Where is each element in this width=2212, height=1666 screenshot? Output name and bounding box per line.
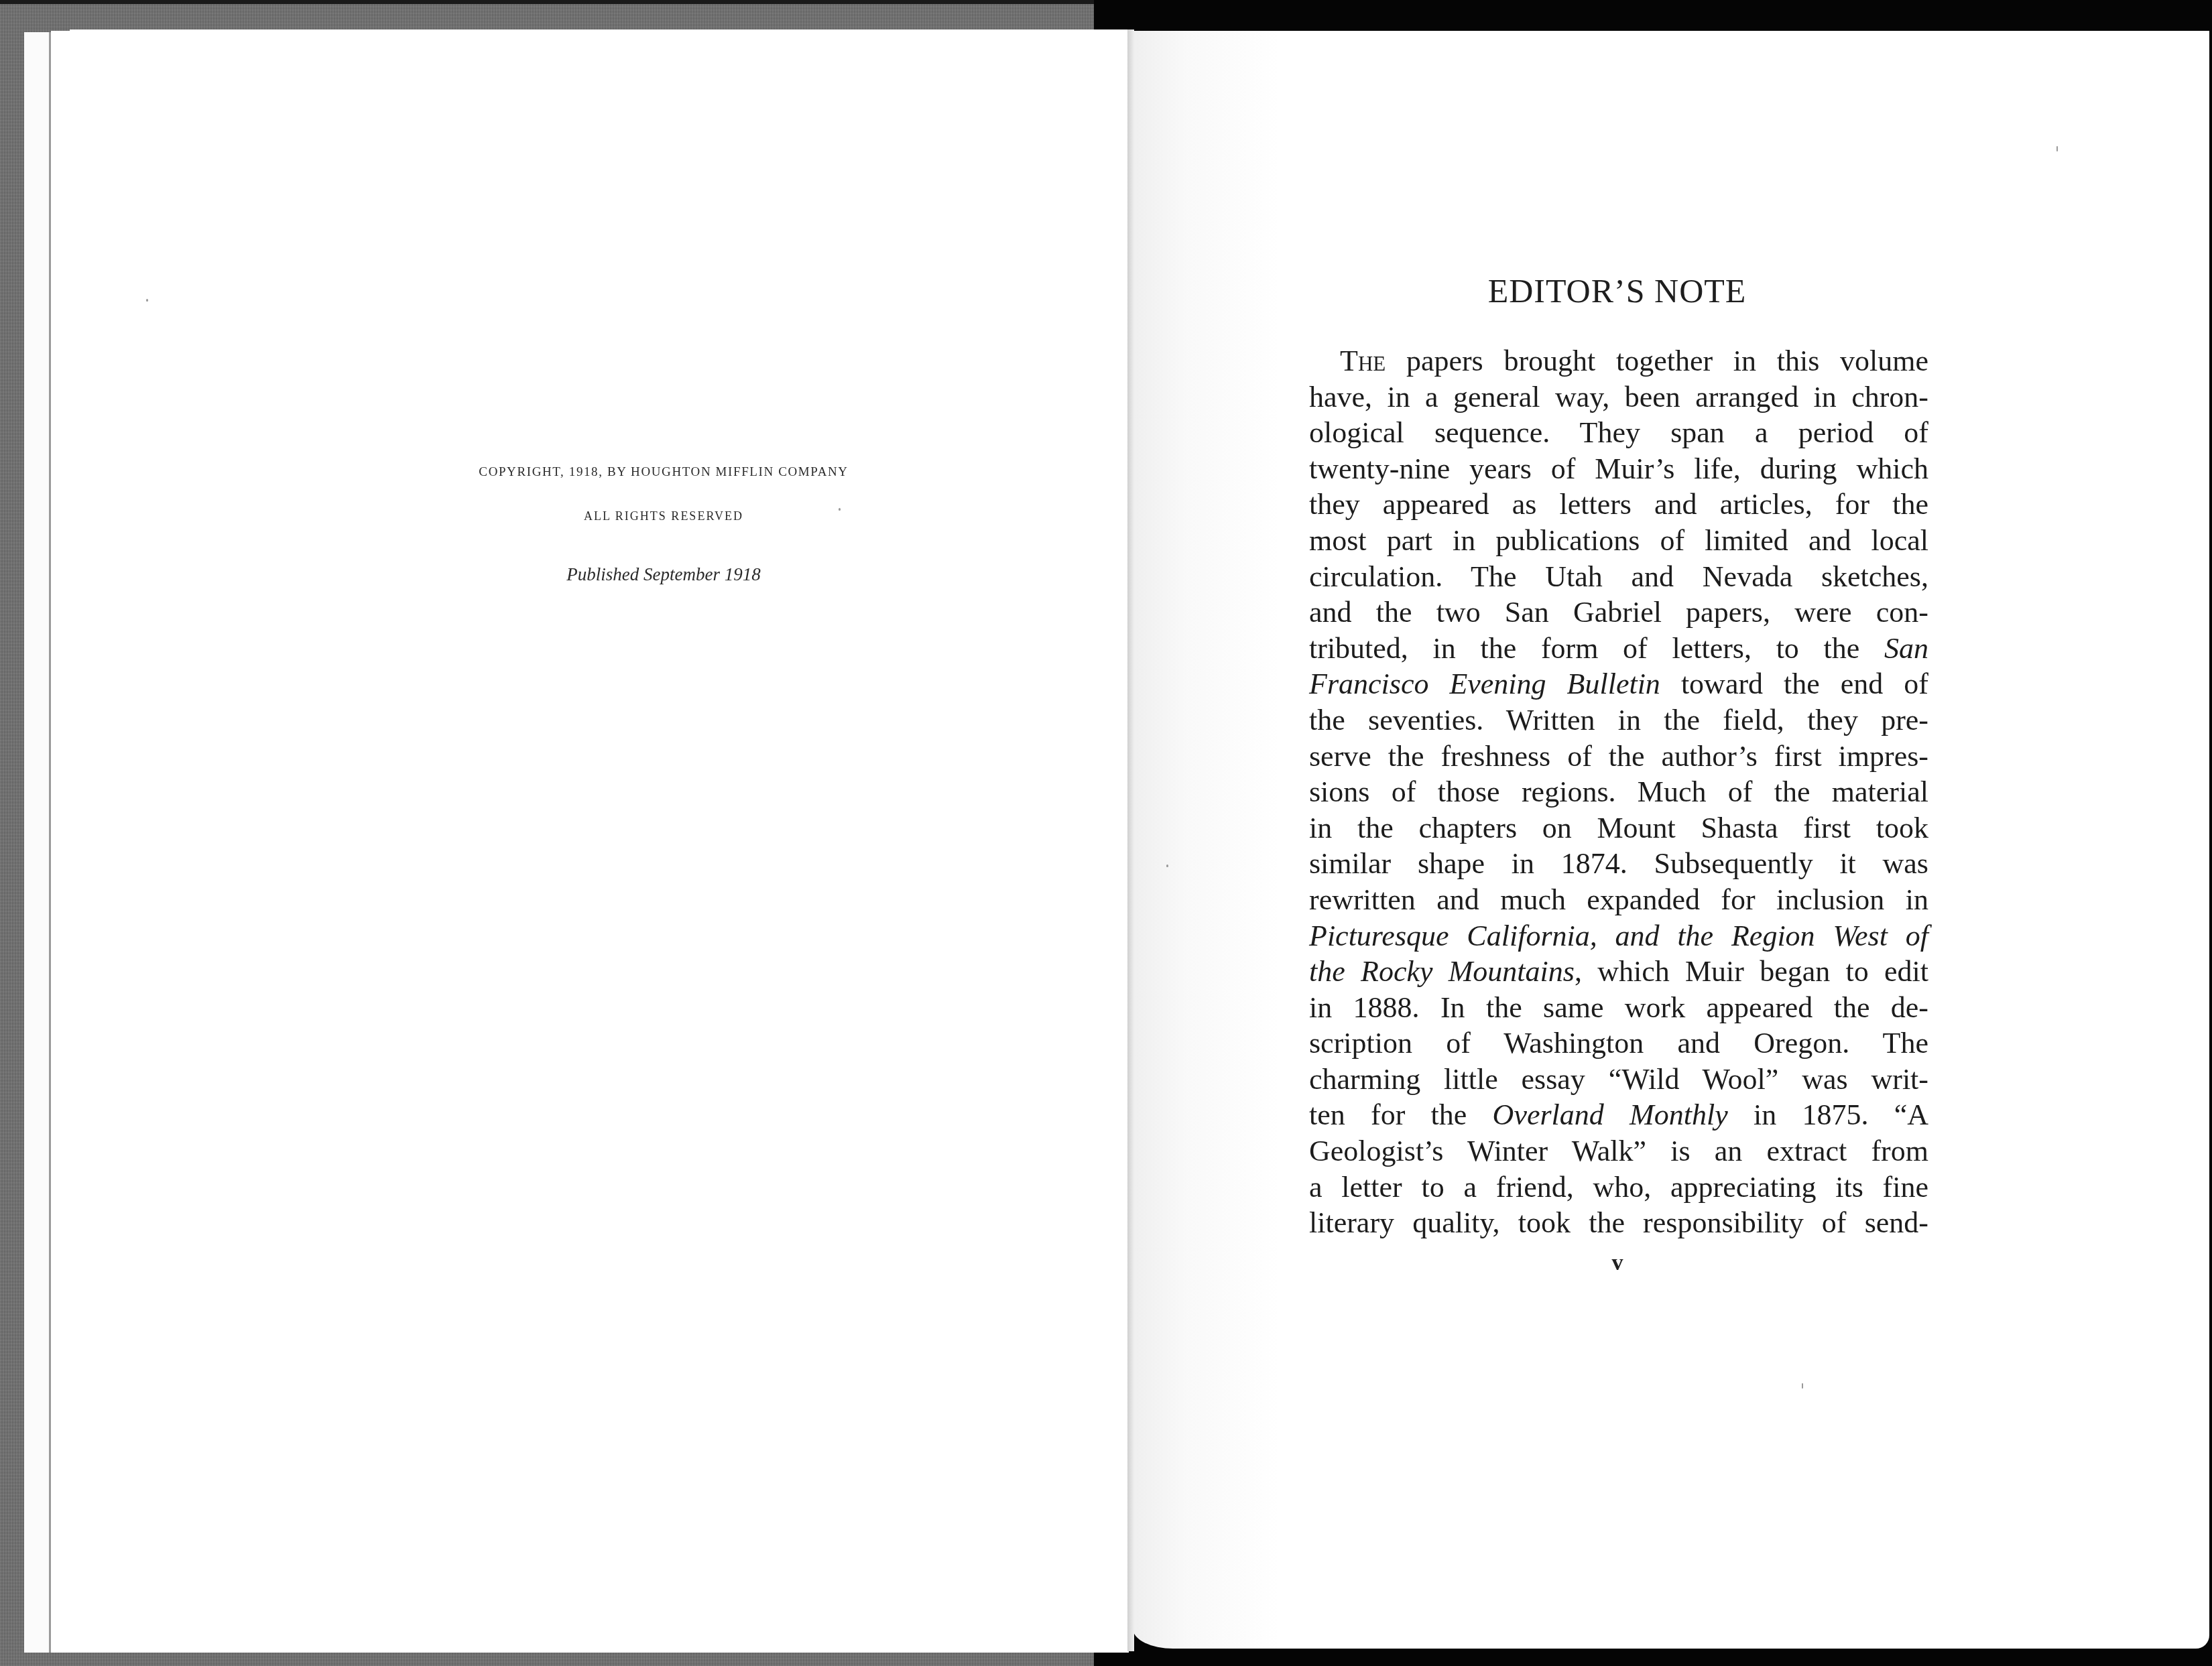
text-line: similar shape in 1874. Subsequently it w… (1309, 846, 1928, 882)
text-line: twenty-nine years of Muir’s life, during… (1309, 451, 1928, 487)
text-line: The papers brought together in this volu… (1309, 343, 1928, 379)
text-line: most part in publications of limited and… (1309, 523, 1928, 559)
text-line: the seventies. Written in the field, the… (1309, 702, 1928, 739)
copyright-notice: COPYRIGHT, 1918, BY HOUGHTON MIFFLIN COM… (375, 462, 952, 483)
text-line: tributed, in the form of letters, to the… (1309, 631, 1928, 667)
text-run: they appeared as letters and articles, f… (1309, 488, 1928, 521)
text-line: circulation. The Utah and Nevada sketche… (1309, 559, 1928, 595)
text-run: The (1340, 344, 1386, 377)
text-run: most part in publications of limited and… (1309, 524, 1928, 557)
scan-speck (146, 299, 148, 302)
text-line: charming little essay “Wild Wool” was wr… (1309, 1062, 1928, 1098)
italic-title: San (1884, 632, 1928, 665)
text-line: ological sequence. They span a period of (1309, 415, 1928, 451)
text-line: have, in a general way, been arranged in… (1309, 379, 1928, 415)
text-line: Francisco Evening Bulletin toward the en… (1309, 666, 1928, 702)
italic-title: Overland Monthly (1493, 1098, 1728, 1131)
text-run: the seventies. Written in the field, the… (1309, 704, 1928, 736)
text-run: charming little essay “Wild Wool” was wr… (1309, 1063, 1928, 1096)
text-run: sions of those regions. Much of the mate… (1309, 775, 1928, 808)
italic-title: Francisco Evening Bulletin (1309, 667, 1660, 700)
text-line: Picturesque California, and the Region W… (1309, 918, 1928, 954)
text-line: serve the freshness of the author’s firs… (1309, 739, 1928, 775)
text-line: sions of those regions. Much of the mate… (1309, 774, 1928, 810)
italic-title: the Rocky Mountains (1309, 955, 1575, 988)
italic-title: Picturesque California, and the Region W… (1309, 919, 1928, 952)
text-line: they appeared as letters and articles, f… (1309, 487, 1928, 523)
text-run: in 1875. “A (1728, 1098, 1928, 1131)
text-run: a letter to a friend, who, appreciating … (1309, 1171, 1928, 1204)
page-number: v (1602, 1251, 1633, 1276)
text-line: and the two San Gabriel papers, were con… (1309, 594, 1928, 631)
text-run: scription of Washington and Oregon. The (1309, 1027, 1928, 1060)
text-run: toward the end of (1660, 667, 1928, 700)
text-run: serve the freshness of the author’s firs… (1309, 740, 1928, 773)
scan-speck (1166, 864, 1168, 867)
page-stack-edge-inner (51, 31, 71, 1653)
text-run: and the two San Gabriel papers, were con… (1309, 596, 1928, 629)
text-line: in the chapters on Mount Shasta first to… (1309, 810, 1928, 846)
cover-top-shadow (0, 0, 1094, 4)
text-run: ological sequence. They span a period of (1309, 416, 1928, 449)
text-line: Geologist’s Winter Walk” is an extract f… (1309, 1133, 1928, 1169)
text-run: in the chapters on Mount Shasta first to… (1309, 812, 1928, 844)
book-scan: COPYRIGHT, 1918, BY HOUGHTON MIFFLIN COM… (0, 0, 2212, 1666)
left-page-copyright (70, 29, 1129, 1653)
text-line: scription of Washington and Oregon. The (1309, 1025, 1928, 1062)
text-run: rewritten and much expanded for inclusio… (1309, 883, 1928, 916)
gutter-shadow (1127, 29, 1134, 1651)
text-run: circulation. The Utah and Nevada sketche… (1309, 560, 1928, 593)
text-line: the Rocky Mountains, which Muir began to… (1309, 954, 1928, 990)
text-run: Geologist’s Winter Walk” is an extract f… (1309, 1135, 1928, 1167)
text-run: in 1888. In the same work appeared the d… (1309, 991, 1928, 1024)
copyright-block: COPYRIGHT, 1918, BY HOUGHTON MIFFLIN COM… (375, 462, 952, 586)
text-run: ten for the (1309, 1098, 1493, 1131)
text-run: tributed, in the form of letters, to the (1309, 632, 1884, 665)
rights-reserved: ALL RIGHTS RESERVED (375, 507, 952, 525)
text-line: a letter to a friend, who, appreciating … (1309, 1169, 1928, 1206)
text-run: literary quality, took the responsibilit… (1309, 1206, 1928, 1239)
scan-speck (2056, 146, 2058, 151)
text-run: similar shape in 1874. Subsequently it w… (1309, 847, 1928, 880)
scan-speck (1802, 1383, 1803, 1389)
text-line: rewritten and much expanded for inclusio… (1309, 882, 1928, 918)
text-line: in 1888. In the same work appeared the d… (1309, 990, 1928, 1026)
text-run: , which Muir began to edit (1575, 955, 1928, 988)
text-line: literary quality, took the responsibilit… (1309, 1205, 1928, 1241)
text-line: ten for the Overland Monthly in 1875. “A (1309, 1097, 1928, 1133)
editors-note-body: The papers brought together in this volu… (1309, 343, 1928, 1241)
page-title: EDITOR’S NOTE (1307, 271, 1927, 311)
publication-date: Published September 1918 (375, 563, 952, 586)
text-run: papers brought together in this volume (1386, 344, 1928, 377)
text-run: have, in a general way, been arranged in… (1309, 381, 1928, 413)
page-stack-edge (24, 32, 51, 1653)
text-run: twenty-nine years of Muir’s life, during… (1309, 452, 1928, 485)
